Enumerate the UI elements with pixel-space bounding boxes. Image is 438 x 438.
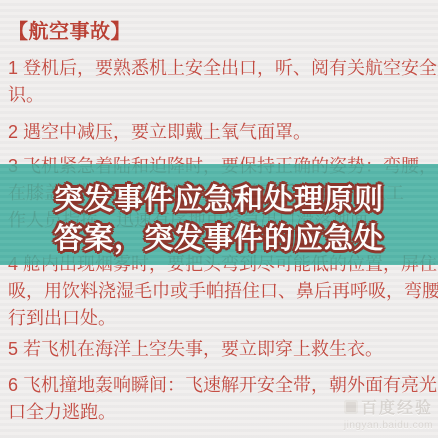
overlay-title-line1: 突发事件应急和处理原则: [0, 181, 438, 220]
paragraph-line: 识。: [8, 82, 434, 109]
watermark-brand-text: 百度经验: [361, 395, 433, 418]
watermark-url: jingyan.baidu.com: [344, 420, 433, 431]
tip-paragraph-2: 2 遇空中减压，要立即戴上氧气面罩。: [8, 119, 434, 146]
overlay-title-line2: 答案，突发事件的应急处: [0, 220, 438, 259]
paragraph-line: 2 遇空中减压，要立即戴上氧气面罩。: [8, 119, 434, 146]
paragraph-line: 5 若飞机在海洋上空失事，要立即穿上救生衣。: [8, 336, 434, 363]
tip-paragraph-1: 1 登机后，要熟悉机上安全出口，听、阅有关航空安全知 识。: [8, 55, 434, 109]
section-heading: 【航空事故】: [8, 15, 131, 44]
watermark-brand-row: 百度经验: [344, 395, 433, 418]
paragraph-line: 1 登机后，要熟悉机上安全出口，听、阅有关航空安全知: [8, 55, 434, 82]
overlay-title: 突发事件应急和处理原则 答案，突发事件的应急处: [0, 181, 438, 259]
watermark: 百度经验 jingyan.baidu.com: [344, 395, 433, 431]
article-page: 【航空事故】 1 登机后，要熟悉机上安全出口，听、阅有关航空安全知 识。 2 遇…: [0, 0, 438, 438]
tip-paragraph-5: 5 若飞机在海洋上空失事，要立即穿上救生衣。: [8, 336, 434, 363]
paragraph-line: 行到出口处。: [8, 305, 434, 332]
watermark-logo-icon: [344, 400, 358, 414]
paragraph-line: 吸，用饮料浇湿毛巾或手帕捂住口、鼻后再呼吸，弯腰或爬: [8, 278, 434, 305]
